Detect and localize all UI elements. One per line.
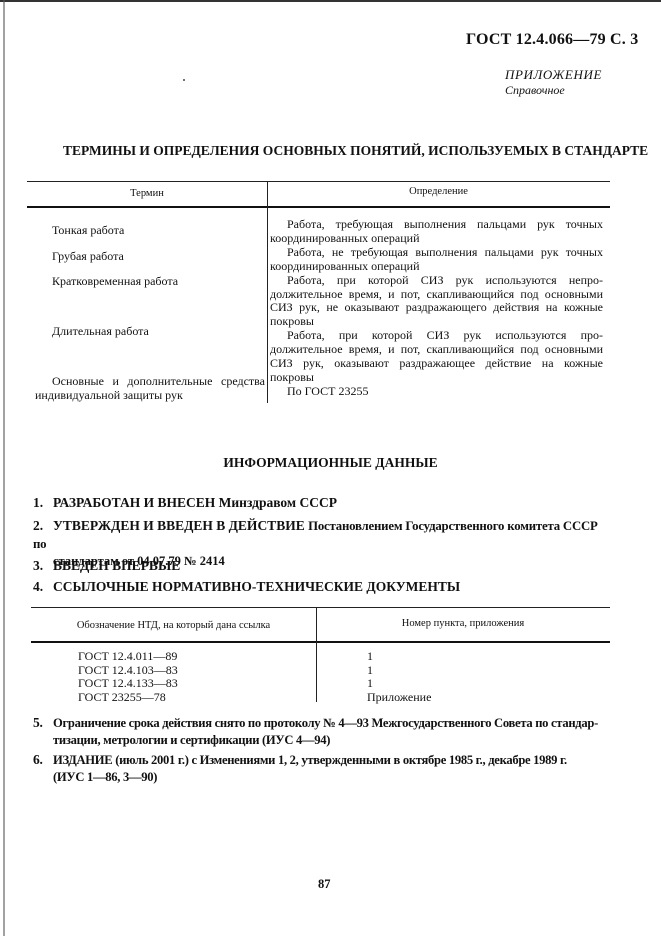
term-rough-work: Грубая работа bbox=[52, 249, 124, 264]
appendix-label: ПРИЛОЖЕНИЕ bbox=[505, 67, 602, 83]
column-header-term: Термин bbox=[27, 188, 267, 199]
column-header-definition: Определение bbox=[267, 186, 610, 197]
page-edge-top bbox=[0, 0, 661, 2]
term-ppe-line2: индивидуальной защиты рук bbox=[35, 388, 183, 403]
info-item-3: 3.ВВЕДЕН ВПЕРВЫЕ bbox=[33, 557, 613, 574]
term-fine-work: Тонкая работа bbox=[52, 223, 124, 238]
definition-fine-work: Работа, требующая выполнения пальцами ру… bbox=[270, 218, 603, 246]
ref-doc-row: ГОСТ 12.4.133—83 bbox=[78, 677, 178, 691]
ref-table-top-rule bbox=[31, 607, 610, 608]
info-item-4: 4.ССЫЛОЧНЫЕ НОРМАТИВНО-ТЕХНИЧЕСКИЕ ДОКУМ… bbox=[33, 578, 613, 595]
ref-clause-row: 1 bbox=[367, 677, 431, 691]
ref-table-header-rule bbox=[31, 641, 610, 643]
definition-ppe: По ГОСТ 23255 bbox=[270, 385, 603, 399]
term-short-work: Кратковременная работа bbox=[52, 274, 178, 289]
definitions-column: Работа, требующая выполнения пальцами ру… bbox=[270, 218, 603, 399]
terms-section-title: ТЕРМИНЫ И ОПРЕДЕЛЕНИЯ ОСНОВНЫХ ПОНЯТИЙ, … bbox=[63, 143, 648, 159]
ref-column-divider bbox=[316, 607, 317, 702]
ref-clause-row: 1 bbox=[367, 650, 431, 664]
info-section-title: ИНФОРМАЦИОННЫЕ ДАННЫЕ bbox=[0, 455, 661, 471]
column-header-document: Обозначение НТД, на который дана ссылка bbox=[31, 620, 316, 631]
ref-clauses: 1 1 1 Приложение bbox=[367, 650, 431, 704]
term-ppe-line1: Основные и дополнительные средства bbox=[35, 374, 265, 389]
appendix-type: Справочное bbox=[505, 83, 565, 98]
column-divider bbox=[267, 181, 268, 403]
definition-rough-work: Работа, не требующая выполнения пальцами… bbox=[270, 246, 603, 274]
ref-doc-row: ГОСТ 23255—78 bbox=[78, 691, 178, 705]
definition-short-work: Работа, при которой СИЗ рук используются… bbox=[270, 274, 603, 330]
column-header-clause: Номер пункта, приложения bbox=[316, 618, 610, 629]
info-item-5: 5.Ограничение срока действия снято по пр… bbox=[33, 714, 613, 749]
ref-clause-row: 1 bbox=[367, 664, 431, 678]
scan-speck bbox=[183, 79, 185, 81]
term-long-work: Длительная работа bbox=[52, 324, 149, 339]
info-item-6: 6.ИЗДАНИЕ (июль 2001 г.) с Изменениями 1… bbox=[33, 751, 613, 786]
page-number: 87 bbox=[318, 877, 331, 892]
ref-documents: ГОСТ 12.4.011—89 ГОСТ 12.4.103—83 ГОСТ 1… bbox=[78, 650, 178, 704]
standard-header: ГОСТ 12.4.066—79 С. 3 bbox=[466, 31, 638, 49]
definition-long-work: Работа, при которой СИЗ рук используются… bbox=[270, 329, 603, 385]
info-item-1: 1.РАЗРАБОТАН И ВНЕСЕН Минздравом СССР bbox=[33, 494, 613, 511]
table-header-rule bbox=[27, 206, 610, 208]
ref-doc-row: ГОСТ 12.4.011—89 bbox=[78, 650, 178, 664]
ref-clause-row: Приложение bbox=[367, 691, 431, 705]
ref-doc-row: ГОСТ 12.4.103—83 bbox=[78, 664, 178, 678]
table-top-rule bbox=[27, 181, 610, 182]
